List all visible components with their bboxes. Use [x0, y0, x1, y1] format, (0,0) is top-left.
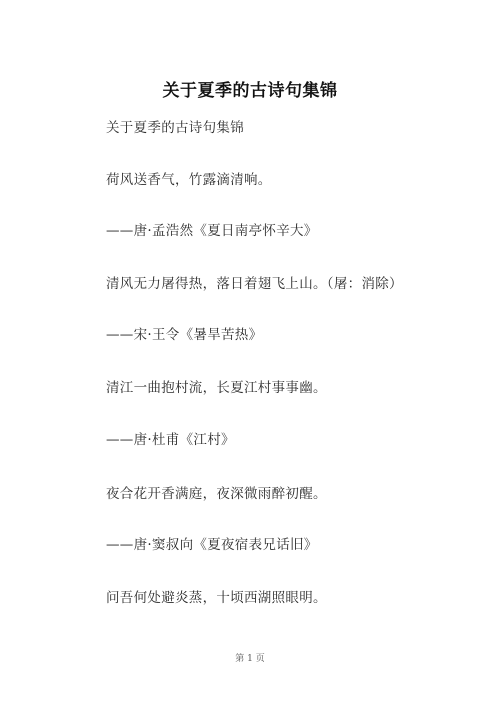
poem-line: 夜合花开香满庭，夜深微雨醉初醒。	[106, 482, 327, 502]
poem-line: 荷风送香气，竹露滴清响。	[106, 168, 272, 188]
subtitle-line: 关于夏季的古诗句集锦	[106, 116, 244, 136]
poem-line: 清风无力屠得热，落日着翅飞上山。（屠：消除）	[106, 272, 403, 292]
page-number: 第 1 页	[0, 651, 500, 664]
poem-line: 问吾何处避炎蒸，十顷西湖照眼明。	[106, 586, 327, 606]
document-title: 关于夏季的古诗句集锦	[0, 76, 500, 101]
attribution-line: ——唐·杜甫《江村》	[106, 428, 235, 448]
poem-line: 清江一曲抱村流，长夏江村事事幽。	[106, 376, 327, 396]
attribution-line: ——宋·王令《暑旱苦热》	[106, 323, 262, 343]
attribution-line: ——唐·孟浩然《夏日南亭怀辛大》	[106, 219, 318, 239]
attribution-line: ——唐·窦叔向《夏夜宿表兄话旧》	[106, 533, 318, 553]
